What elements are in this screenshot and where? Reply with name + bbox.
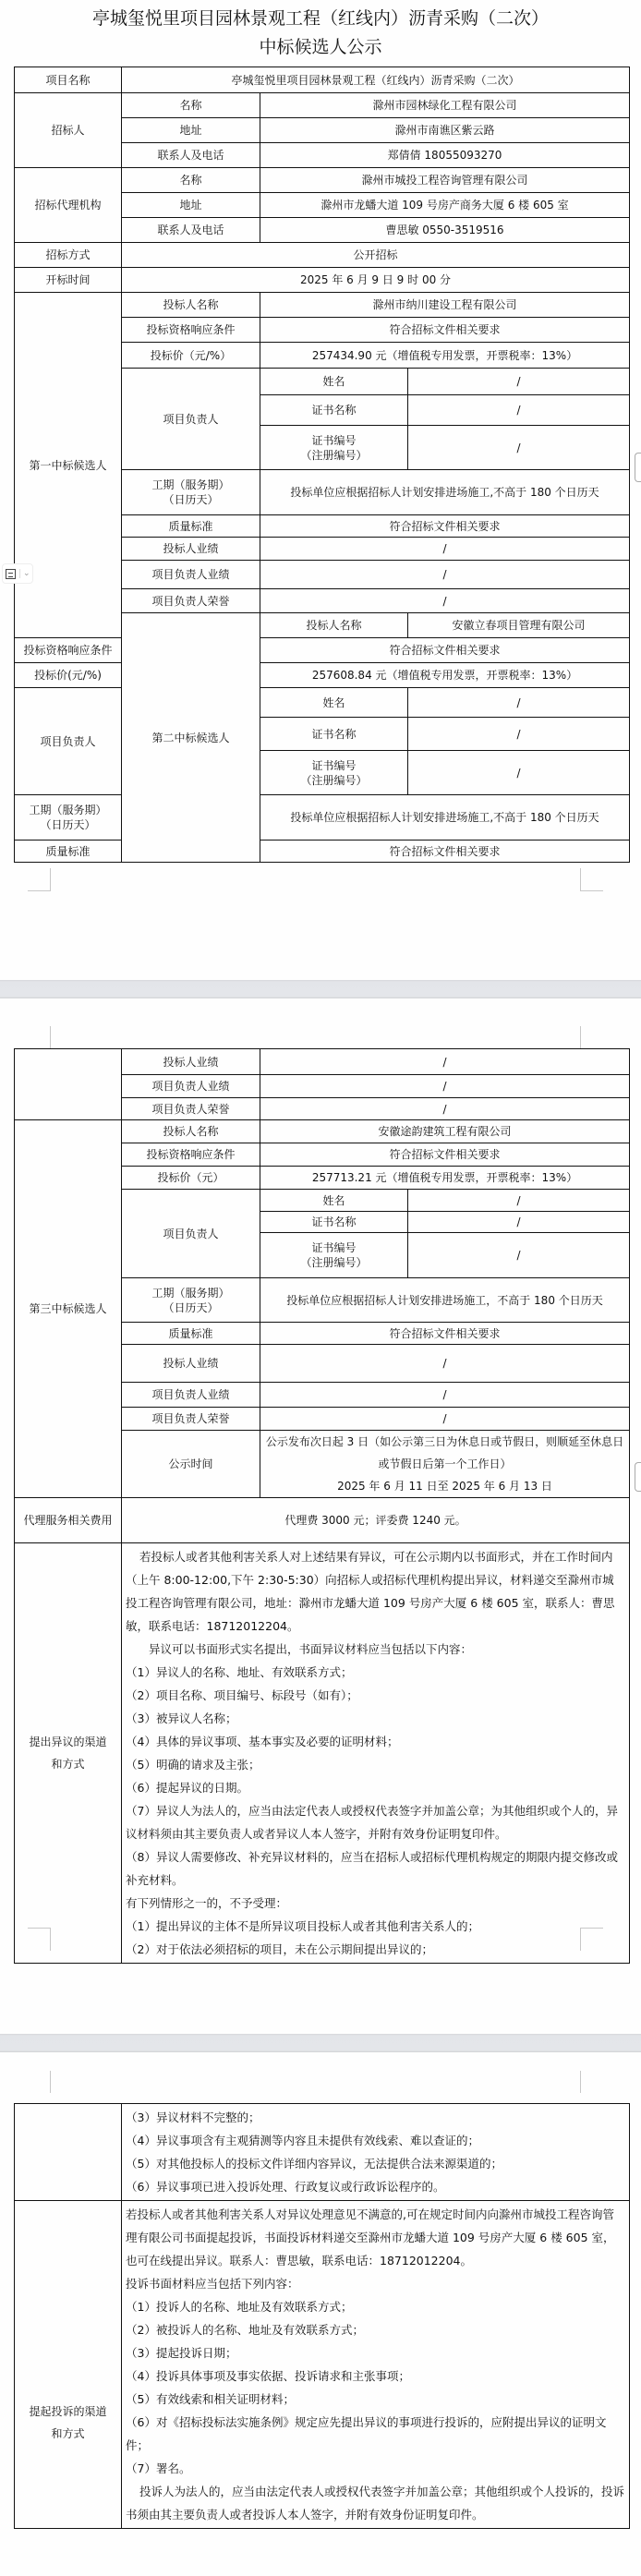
- c1-manager-perf-label: 项目负责人业绩: [122, 561, 260, 589]
- open-time-label: 开标时间: [15, 268, 122, 293]
- c2-bidder-perf: /: [260, 1049, 630, 1075]
- c2-price-label: 投标价(元/%): [15, 663, 122, 688]
- c1-cert-name: /: [408, 395, 630, 426]
- c3-manager-honor: /: [260, 1408, 630, 1431]
- info-table-page-1: 项目名称 亭城玺悦里项目园林景观工程（红线内）沥青采购（二次） 招标人 名称 滁…: [14, 67, 630, 863]
- objection-item: （7）异议人为法人的，应当由法定代表人或授权代表签字并加盖公章；为其他组织或个人…: [126, 1799, 625, 1845]
- c2-manager-name: /: [408, 688, 630, 718]
- page-break: [0, 2034, 641, 2052]
- tenderer-contact-value: 郑倩倩 18055093270: [260, 143, 630, 168]
- c3-period-label: 工期（服务期）（日历天）: [122, 1278, 260, 1323]
- objection-reject-item: （4）异议事项含有主观猜测等内容且未提供有效线索、难以查证的；: [126, 2129, 625, 2152]
- c2-cert-name: /: [408, 718, 630, 751]
- c3-manager-name-label: 姓名: [260, 1190, 408, 1212]
- c2-period: 投标单位应根据招标人计划安排进场施工,不高于 180 个日历天: [260, 795, 630, 841]
- c2-price: 257608.84 元（增值税专用发票，开票税率：13%）: [260, 663, 630, 688]
- c2-manager-perf-label: 项目负责人业绩: [122, 1075, 260, 1098]
- open-time-value: 2025 年 6 月 9 日 9 时 00 分: [122, 268, 630, 293]
- c3-manager-perf: /: [260, 1383, 630, 1408]
- c3-manager-perf-label: 项目负责人业绩: [122, 1383, 260, 1408]
- candidate-1-label: 第一中标候选人: [15, 293, 122, 638]
- method-value: 公开招标: [122, 243, 630, 268]
- c1-bidder-name: 滁州市纳川建设工程有限公司: [260, 293, 630, 318]
- objection-reject-item: （1）提出异议的主体不是所异议项目投标人或者其他利害关系人的；: [126, 1915, 625, 1938]
- c1-manager-label: 项目负责人: [122, 369, 260, 470]
- objection-item: （2）项目名称、项目编号、标段号（如有）；: [126, 1684, 625, 1707]
- objection-contents-intro: 异议可以书面形式实名提出，书面异议材料应当包括以下内容：: [126, 1638, 625, 1661]
- objection-reject-item: （2）对于依法必须招标的项目，未在公示期间提出异议的；: [126, 1938, 625, 1961]
- page-2: 投标人业绩 / 项目负责人业绩 / 项目负责人荣誉 / 第三中标候选人 投标人名…: [0, 998, 641, 2034]
- objection-item: （3）被异议人名称；: [126, 1707, 625, 1730]
- page-corner-mark: [28, 2071, 51, 2093]
- c1-qualification-label: 投标资格响应条件: [122, 318, 260, 343]
- info-table-page-3: （3）异议材料不完整的； （4）异议事项含有主观猜测等内容且未提供有效线索、难以…: [14, 2103, 630, 2529]
- c1-quality: 符合招标文件相关要求: [260, 515, 630, 538]
- objection-continued: [15, 2104, 122, 2201]
- page-3: （3）异议材料不完整的； （4）异议事项含有主观猜测等内容且未提供有效线索、难以…: [0, 2052, 641, 2576]
- agency-contact-value: 曹思敏 0550-3519516: [260, 218, 630, 243]
- page-corner-mark: [580, 2071, 603, 2093]
- c3-cert-no: /: [408, 1233, 630, 1278]
- c2-quality: 符合招标文件相关要求: [260, 841, 630, 863]
- complaint-content: 若投标人或者其他利害关系人对异议处理意见不满意的,可在规定时间内向滁州市城投工程…: [122, 2201, 630, 2529]
- objection-reject-item: （5）对其他投标人的投标文件详细内容异议，无法提供合法来源渠道的；: [126, 2152, 625, 2175]
- c2-quality-label: 质量标准: [15, 841, 122, 863]
- tenderer-name-label: 名称: [122, 93, 260, 118]
- block-handle-icon[interactable]: [6, 569, 16, 579]
- page-corner-mark: [28, 1928, 51, 1951]
- document-title: 亭城玺悦里项目园林景观工程（红线内）沥青采购（二次）: [0, 6, 641, 31]
- c3-cert-no-label: 证书编号（注册编号）: [260, 1233, 408, 1278]
- page-corner-mark: [580, 868, 603, 891]
- c3-manager-honor-label: 项目负责人荣誉: [122, 1408, 260, 1431]
- c3-manager-label: 项目负责人: [122, 1190, 260, 1278]
- agency-name-value: 滁州市城投工程咨询管理有限公司: [260, 168, 630, 193]
- page-1: 亭城玺悦里项目园林景观工程（红线内）沥青采购（二次） 中标候选人公示 项目名称 …: [0, 0, 641, 980]
- complaint-item: （3）提起投诉日期；: [126, 2341, 625, 2364]
- info-table-page-2: 投标人业绩 / 项目负责人业绩 / 项目负责人荣誉 / 第三中标候选人 投标人名…: [14, 1048, 630, 1964]
- c1-manager-honor: /: [260, 589, 630, 613]
- c2-manager-honor-label: 项目负责人荣誉: [122, 1098, 260, 1120]
- complaint-item: （2）被投诉人的名称、地址及有效联系方式；: [126, 2318, 625, 2341]
- c2-cert-name-label: 证书名称: [260, 718, 408, 751]
- page-corner-mark: [28, 868, 51, 891]
- agency-address-value: 滁州市龙蟠大道 109 号房产商务大厦 6 楼 605 室: [260, 193, 630, 218]
- c3-bidder-perf: /: [260, 1345, 630, 1383]
- c3-cert-name: /: [408, 1212, 630, 1233]
- complaint-intro: 若投标人或者其他利害关系人对异议处理意见不满意的,可在规定时间内向滁州市城投工程…: [126, 2203, 625, 2272]
- c1-bidder-perf: /: [260, 538, 630, 561]
- c2-bidder-perf-label: 投标人业绩: [122, 1049, 260, 1075]
- side-panel-tab[interactable]: [635, 1462, 641, 1492]
- agency-name-label: 名称: [122, 168, 260, 193]
- complaint-item: （5）有效线索和相关证明材料；: [126, 2388, 625, 2411]
- c2-bidder-name-label: 投标人名称: [260, 613, 408, 638]
- complaint-item: （7）署名。: [126, 2457, 625, 2480]
- page-break: [0, 980, 641, 998]
- c1-manager-honor-label: 项目负责人荣誉: [122, 589, 260, 613]
- document-subtitle: 中标候选人公示: [0, 34, 641, 60]
- fees-label: 代理服务相关费用: [15, 1498, 122, 1543]
- c3-quality-label: 质量标准: [122, 1323, 260, 1345]
- tenderer-contact-label: 联系人及电话: [122, 143, 260, 168]
- c2-qualification: 符合招标文件相关要求: [260, 638, 630, 663]
- fees-value: 代理费 3000 元；评委费 1240 元。: [122, 1498, 630, 1543]
- objection-label: 提出异议的渠道和方式: [15, 1543, 122, 1964]
- objection-reject-item: （3）异议材料不完整的；: [126, 2106, 625, 2129]
- candidate-3-label: 第三中标候选人: [15, 1120, 122, 1498]
- objection-content: 若投标人或者其他利害关系人对上述结果有异议，可在公示期内以书面形式，并在工作时间…: [122, 1543, 630, 1964]
- tenderer-address-value: 滁州市南谯区紫云路: [260, 118, 630, 143]
- c3-qualification-label: 投标资格响应条件: [122, 1143, 260, 1167]
- objection-item: （6）提起异议的日期。: [126, 1776, 625, 1799]
- complaint-label: 提起投诉的渠道和方式: [15, 2201, 122, 2529]
- c1-period-label: 工期（服务期）（日历天）: [122, 470, 260, 515]
- c3-bidder-perf-label: 投标人业绩: [122, 1345, 260, 1383]
- objection-item: （1）异议人的名称、地址、有效联系方式；: [126, 1661, 625, 1684]
- side-panel-tab[interactable]: [635, 453, 641, 482]
- c3-qualification: 符合招标文件相关要求: [260, 1143, 630, 1167]
- c2-period-label: 工期（服务期）（日历天）: [15, 795, 122, 841]
- c2-cert-no-label: 证书编号（注册编号）: [260, 751, 408, 795]
- page-corner-mark: [580, 1026, 603, 1049]
- agency-contact-label: 联系人及电话: [122, 218, 260, 243]
- objection-item: （4）具体的异议事项、基本事实及必要的证明材料；: [126, 1730, 625, 1753]
- objection-item: （8）异议人需要修改、补充异议材料的，应当在招标人或招标代理机构规定的期限内提交…: [126, 1845, 625, 1892]
- c2-qualification-label: 投标资格响应条件: [15, 638, 122, 663]
- c1-quality-label: 质量标准: [122, 515, 260, 538]
- block-handle-toolbar[interactable]: ⌄: [2, 563, 33, 584]
- c3-period: 投标单位应根据招标人计划安排进场施工，不高于 180 个日历天: [260, 1278, 630, 1323]
- c3-bidder-name-label: 投标人名称: [122, 1120, 260, 1143]
- c1-qualification: 符合招标文件相关要求: [260, 318, 630, 343]
- c1-manager-name-label: 姓名: [260, 369, 408, 395]
- c1-cert-no-label: 证书编号（注册编号）: [260, 426, 408, 470]
- c2-manager-perf: /: [260, 1075, 630, 1098]
- c1-bidder-perf-label: 投标人业绩: [122, 538, 260, 561]
- c1-price-label: 投标价（元/%）: [122, 343, 260, 369]
- c2-cert-no: /: [408, 751, 630, 795]
- c3-cert-name-label: 证书名称: [260, 1212, 408, 1233]
- c2-manager-honor: /: [260, 1098, 630, 1120]
- c1-cert-name-label: 证书名称: [260, 395, 408, 426]
- project-name-value: 亭城玺悦里项目园林景观工程（红线内）沥青采购（二次）: [122, 67, 630, 93]
- publicity-value: 公示发布次日起 3 日（如公示第三日为休息日或节假日，则顺延至休息日或节假日后第…: [260, 1431, 630, 1498]
- complaint-contents-intro: 投诉书面材料应当包括下列内容：: [126, 2272, 625, 2295]
- candidate-2-continued: [15, 1049, 122, 1120]
- c2-manager-name-label: 姓名: [260, 688, 408, 718]
- c3-quality: 符合招标文件相关要求: [260, 1323, 630, 1345]
- complaint-item: （1）投诉人的名称、地址及有效联系方式；: [126, 2295, 625, 2318]
- publicity-dates: 2025 年 6 月 11 日至 2025 年 6 月 13 日: [263, 1475, 626, 1497]
- agency-address-label: 地址: [122, 193, 260, 218]
- c3-bidder-name: 安徽途韵建筑工程有限公司: [260, 1120, 630, 1143]
- c3-manager-name: /: [408, 1190, 630, 1212]
- c1-cert-no: /: [408, 426, 630, 470]
- tenderer-name-value: 滁州市园林绿化工程有限公司: [260, 93, 630, 118]
- c1-manager-perf[interactable]: /: [260, 561, 630, 589]
- objection-reject-continued: （3）异议材料不完整的； （4）异议事项含有主观猜测等内容且未提供有效线索、难以…: [122, 2104, 630, 2201]
- page-corner-mark: [28, 1026, 51, 1049]
- objection-item: （5）明确的请求及主张；: [126, 1753, 625, 1776]
- tenderer-address-label: 地址: [122, 118, 260, 143]
- c3-price-label: 投标价（元）: [122, 1167, 260, 1190]
- chevron-down-icon[interactable]: ⌄: [19, 569, 30, 578]
- objection-reject-item: （6）异议事项已进入投诉处理、行政复议或行政诉讼程序的。: [126, 2175, 625, 2198]
- page-corner-mark: [580, 1928, 603, 1951]
- c1-manager-name: /: [408, 369, 630, 395]
- c1-price: 257434.90 元（增值税专用发票，开票税率：13%）: [260, 343, 630, 369]
- complaint-item: （6）对《招标投标法实施条例》规定应先提出异议的事项进行投诉的，应附提出异议的证…: [126, 2411, 625, 2457]
- candidate-2-label: 第二中标候选人: [122, 613, 260, 863]
- objection-reject-intro: 有下列情形之一的，不予受理：: [126, 1892, 625, 1915]
- c2-manager-label: 项目负责人: [15, 688, 122, 795]
- c2-bidder-name: 安徽立春项目管理有限公司: [408, 613, 630, 638]
- publicity-label: 公示时间: [122, 1431, 260, 1498]
- c1-period: 投标单位应根据招标人计划安排进场施工,不高于 180 个日历天: [260, 470, 630, 515]
- tenderer-label: 招标人: [15, 93, 122, 168]
- method-label: 招标方式: [15, 243, 122, 268]
- c3-price: 257713.21 元（增值税专用发票，开票税率：13%）: [260, 1167, 630, 1190]
- objection-intro: 若投标人或者其他利害关系人对上述结果有异议，可在公示期内以书面形式，并在工作时间…: [126, 1545, 625, 1638]
- project-name-label: 项目名称: [15, 67, 122, 93]
- complaint-item: （4）投诉具体事项及事实依据、投诉请求和主张事项；: [126, 2364, 625, 2388]
- c1-bidder-name-label: 投标人名称: [122, 293, 260, 318]
- publicity-period-rule: 公示发布次日起 3 日（如公示第三日为休息日或节假日，则顺延至休息日或节假日后第…: [263, 1431, 626, 1475]
- agency-label: 招标代理机构: [15, 168, 122, 243]
- complaint-closing: 投诉人为法人的，应当由法定代表人或授权代表签字并加盖公章；其他组织或个人投诉的，…: [126, 2480, 625, 2526]
